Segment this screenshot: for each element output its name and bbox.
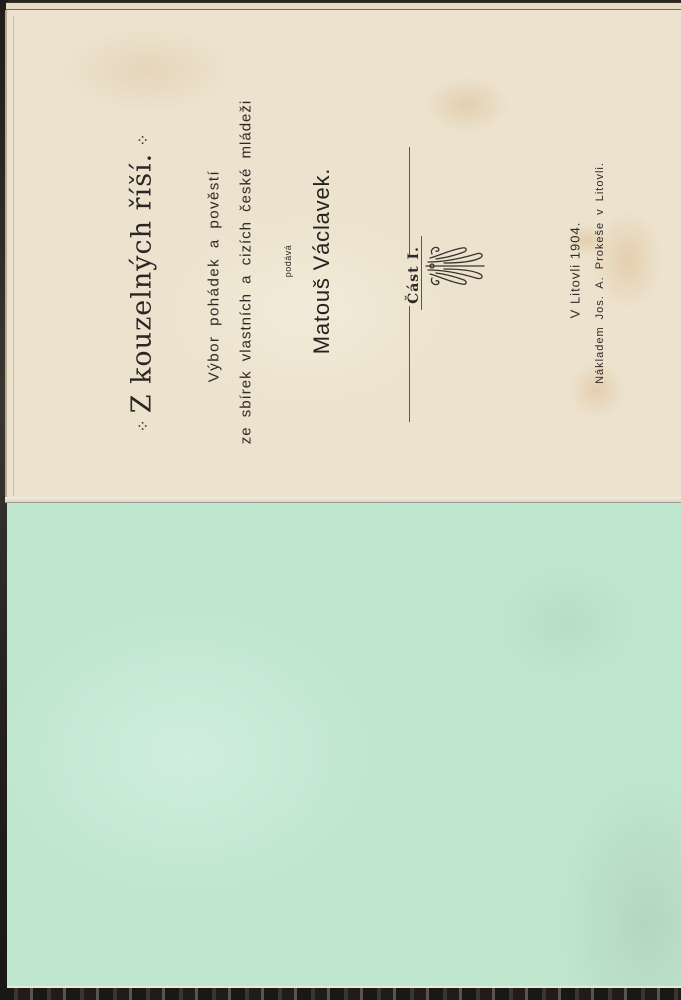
- subtitle-line-2: ze sbírek vlastních a cizích české mláde…: [238, 100, 255, 444]
- page-fold-line: [13, 16, 14, 496]
- ornament-icon: ⁘: [134, 133, 153, 146]
- page-top-edge: [6, 2, 681, 10]
- imprint-publisher: Nákladem Jos. A. Prokeše v Litovli.: [594, 162, 606, 384]
- book-title: ⁘Z kouzelných říší.⁘: [127, 127, 158, 438]
- author-name: Matouš Václavek.: [309, 168, 335, 354]
- green-endpaper: [7, 503, 681, 988]
- divider-rule: [409, 306, 410, 422]
- part-label: Část I.: [406, 246, 422, 304]
- subtitle-line-1: Výbor pohádek a pověstí: [206, 170, 223, 382]
- divider-rule: [409, 147, 410, 257]
- ornament-icon: ⁘: [134, 419, 153, 432]
- byline-label: podává: [283, 245, 293, 278]
- fleuron-ornament-icon: [422, 240, 488, 292]
- scan-backdrop-bottom: [0, 988, 681, 1000]
- imprint-place-year: V Litovli 1904.: [568, 222, 583, 319]
- book-title-text: Z kouzelných říší.: [127, 153, 158, 414]
